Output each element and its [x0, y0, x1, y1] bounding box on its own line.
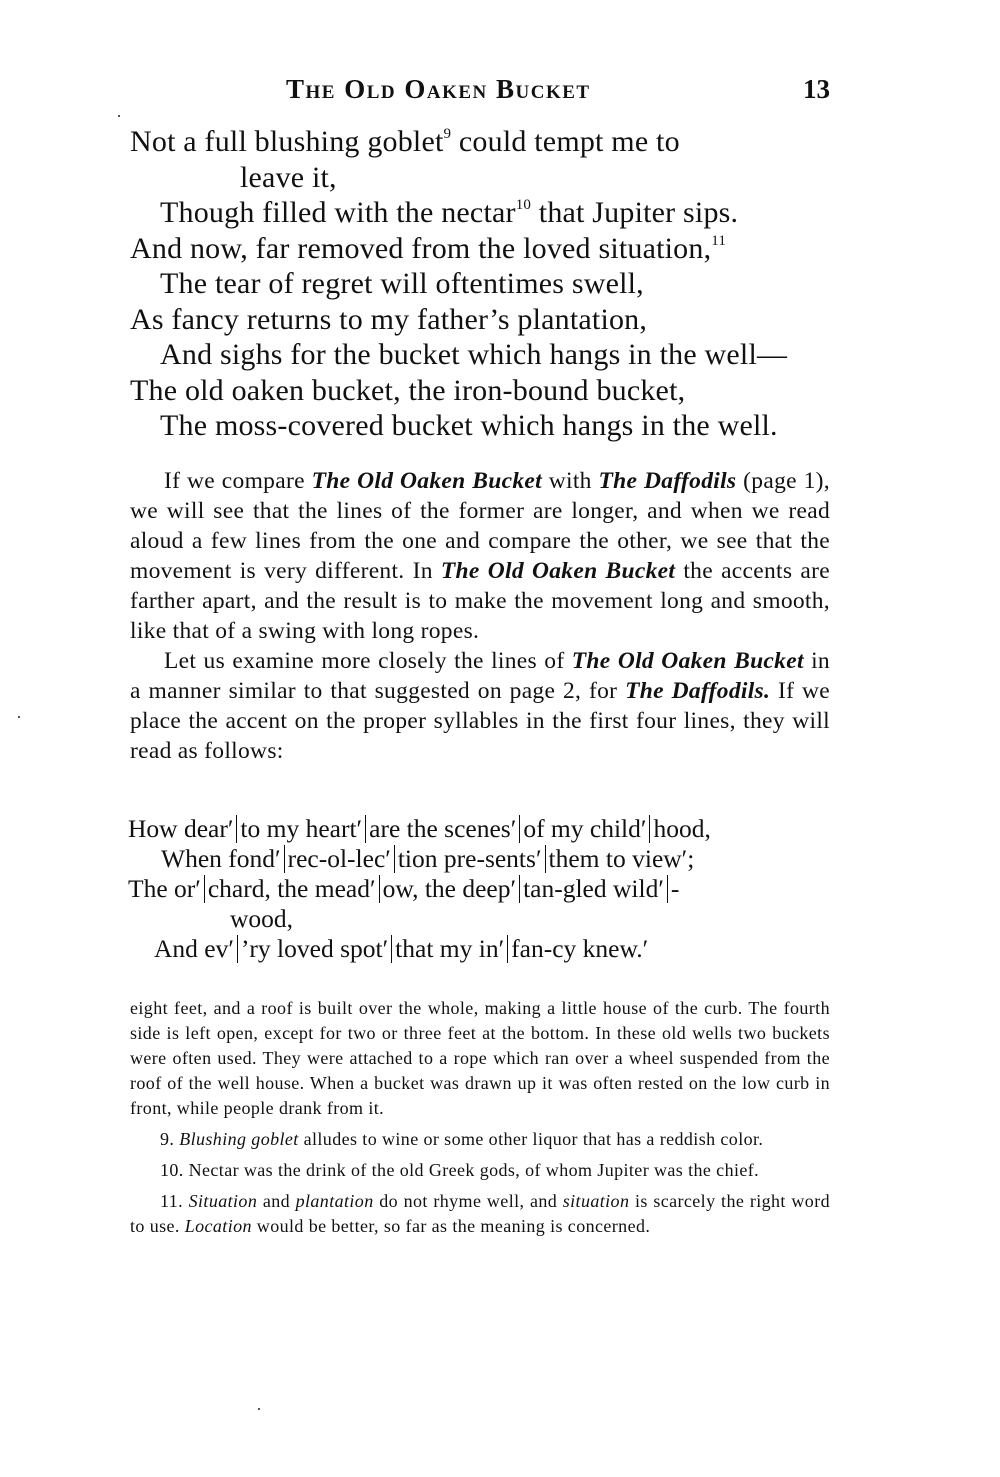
- poem-line: The tear of regret will oftentimes swell…: [130, 266, 850, 302]
- footnote-term: Blushing goblet: [179, 1129, 299, 1149]
- foot-divider: [507, 935, 508, 963]
- metrical-foot: tan-gled wild′: [523, 874, 664, 903]
- title-reference: The Daffodils: [599, 468, 737, 494]
- foot-divider: [284, 845, 285, 873]
- scansion-line: How dear′to my heart′are the scenes′of m…: [128, 814, 838, 844]
- metrical-foot: of my child′: [523, 814, 646, 843]
- footnote-term: situation: [563, 1191, 630, 1211]
- poem-line: The old oaken bucket, the iron-bound buc…: [130, 373, 850, 409]
- foot-divider: [519, 875, 520, 903]
- scan-speck: [118, 115, 120, 117]
- scansion-line: The or′chard, the mead′ow, the deep′tan-…: [128, 874, 838, 904]
- foot-divider: [649, 815, 650, 843]
- footnote-number: 10.: [160, 1160, 189, 1180]
- metrical-foot: When fond′: [161, 844, 281, 873]
- scansion-line: wood,: [128, 904, 838, 934]
- footnote-10: 10. Nectar was the drink of the old Gree…: [130, 1158, 830, 1183]
- poem-line-text: could tempt me to: [451, 125, 680, 158]
- running-head: The Old Oaken Bucket 13: [130, 74, 830, 114]
- foot-divider: [391, 935, 392, 963]
- footnote-term: plantation: [296, 1191, 374, 1211]
- poem-line-text: that Jupiter sips.: [531, 196, 738, 229]
- foot-divider: [237, 935, 238, 963]
- footnote-continuation: eight feet, and a roof is built over the…: [130, 996, 830, 1121]
- foot-divider: [236, 815, 237, 843]
- metrical-foot: -: [671, 874, 680, 903]
- poem-line: The moss-covered bucket which hangs in t…: [130, 408, 850, 444]
- text: Nectar was the drink of the old Greek go…: [189, 1160, 759, 1180]
- metrical-foot: are the scenes′: [369, 814, 516, 843]
- poem-line: leave it,: [130, 160, 850, 196]
- footnote-ref: 10: [516, 197, 531, 213]
- footnote-11: 11. Situation and plantation do not rhym…: [130, 1189, 830, 1239]
- poem-line: As fancy returns to my father’s plantati…: [130, 302, 850, 338]
- scansion-line: When fond′rec-ol-lec′tion pre-sents′them…: [128, 844, 838, 874]
- poem-line: Though filled with the nectar10 that Jup…: [130, 195, 850, 231]
- text: alludes to wine or some other liquor tha…: [299, 1129, 764, 1149]
- poem-line: And now, far removed from the loved situ…: [130, 231, 850, 267]
- metrical-foot: ’ry loved spot′: [241, 934, 388, 963]
- footnote-number: 11.: [160, 1191, 189, 1211]
- scansion-example: How dear′to my heart′are the scenes′of m…: [128, 814, 838, 964]
- text: If we compare: [164, 468, 312, 494]
- metrical-foot: ow, the deep′: [383, 874, 517, 903]
- poem-stanza: Not a full blushing goblet9 could tempt …: [130, 124, 850, 444]
- footnotes: eight feet, and a roof is built over the…: [130, 996, 830, 1239]
- metrical-foot: fan-cy knew.′: [511, 934, 648, 963]
- paragraph: Let us examine more closely the lines of…: [130, 646, 830, 766]
- metrical-foot: tion pre-sents′: [398, 844, 542, 873]
- page-number: 13: [803, 74, 830, 105]
- foot-divider: [545, 845, 546, 873]
- text: with: [542, 468, 599, 494]
- poem-line-text: Not a full blushing goblet: [130, 125, 444, 158]
- metrical-foot: The or′: [128, 874, 201, 903]
- book-page: The Old Oaken Bucket 13 Not a full blush…: [0, 0, 1000, 1477]
- scansion-line: And ev′’ry loved spot′that my in′fan-cy …: [128, 934, 838, 964]
- poem-line: And sighs for the bucket which hangs in …: [130, 337, 850, 373]
- poem-line-text: Though filled with the nectar: [160, 196, 516, 229]
- running-title: The Old Oaken Bucket: [286, 74, 591, 105]
- metrical-foot: hood,: [653, 814, 710, 843]
- text: Let us examine more closely the lines of: [164, 648, 572, 674]
- foot-divider: [667, 875, 668, 903]
- text: and: [257, 1191, 295, 1211]
- footnote-term: Location: [185, 1216, 252, 1236]
- poem-line: Not a full blushing goblet9 could tempt …: [130, 124, 850, 160]
- footnote-term: Situation: [189, 1191, 258, 1211]
- metrical-foot: to my heart′: [240, 814, 362, 843]
- metrical-foot: them to view′;: [549, 844, 695, 873]
- metrical-foot: rec-ol-lec′: [288, 844, 391, 873]
- foot-divider: [519, 815, 520, 843]
- text: would be better, so far as the meaning i…: [252, 1216, 650, 1236]
- footnote-ref: 11: [711, 233, 726, 249]
- footnote-number: 9.: [160, 1129, 179, 1149]
- metrical-foot: that my in′: [395, 934, 504, 963]
- scan-speck: [258, 1408, 260, 1410]
- metrical-foot: chard, the mead′: [208, 874, 376, 903]
- text: do not rhyme well, and: [374, 1191, 563, 1211]
- metrical-foot: And ev′: [154, 934, 234, 963]
- foot-divider: [394, 845, 395, 873]
- metrical-foot: How dear′: [128, 814, 233, 843]
- foot-divider: [379, 875, 380, 903]
- paragraph: If we compare The Old Oaken Bucket with …: [130, 466, 830, 646]
- metrical-foot: wood,: [230, 904, 293, 933]
- footnote-9: 9. Blushing goblet alludes to wine or so…: [130, 1127, 830, 1152]
- foot-divider: [204, 875, 205, 903]
- commentary: If we compare The Old Oaken Bucket with …: [130, 466, 830, 766]
- title-reference: The Old Oaken Bucket: [572, 648, 804, 674]
- title-reference: The Old Oaken Bucket: [312, 468, 542, 494]
- poem-line-text: And now, far removed from the loved situ…: [130, 232, 711, 265]
- title-reference: The Daffodils.: [625, 678, 770, 704]
- scan-speck: [18, 716, 20, 718]
- title-reference: The Old Oaken Bucket: [441, 558, 675, 584]
- foot-divider: [365, 815, 366, 843]
